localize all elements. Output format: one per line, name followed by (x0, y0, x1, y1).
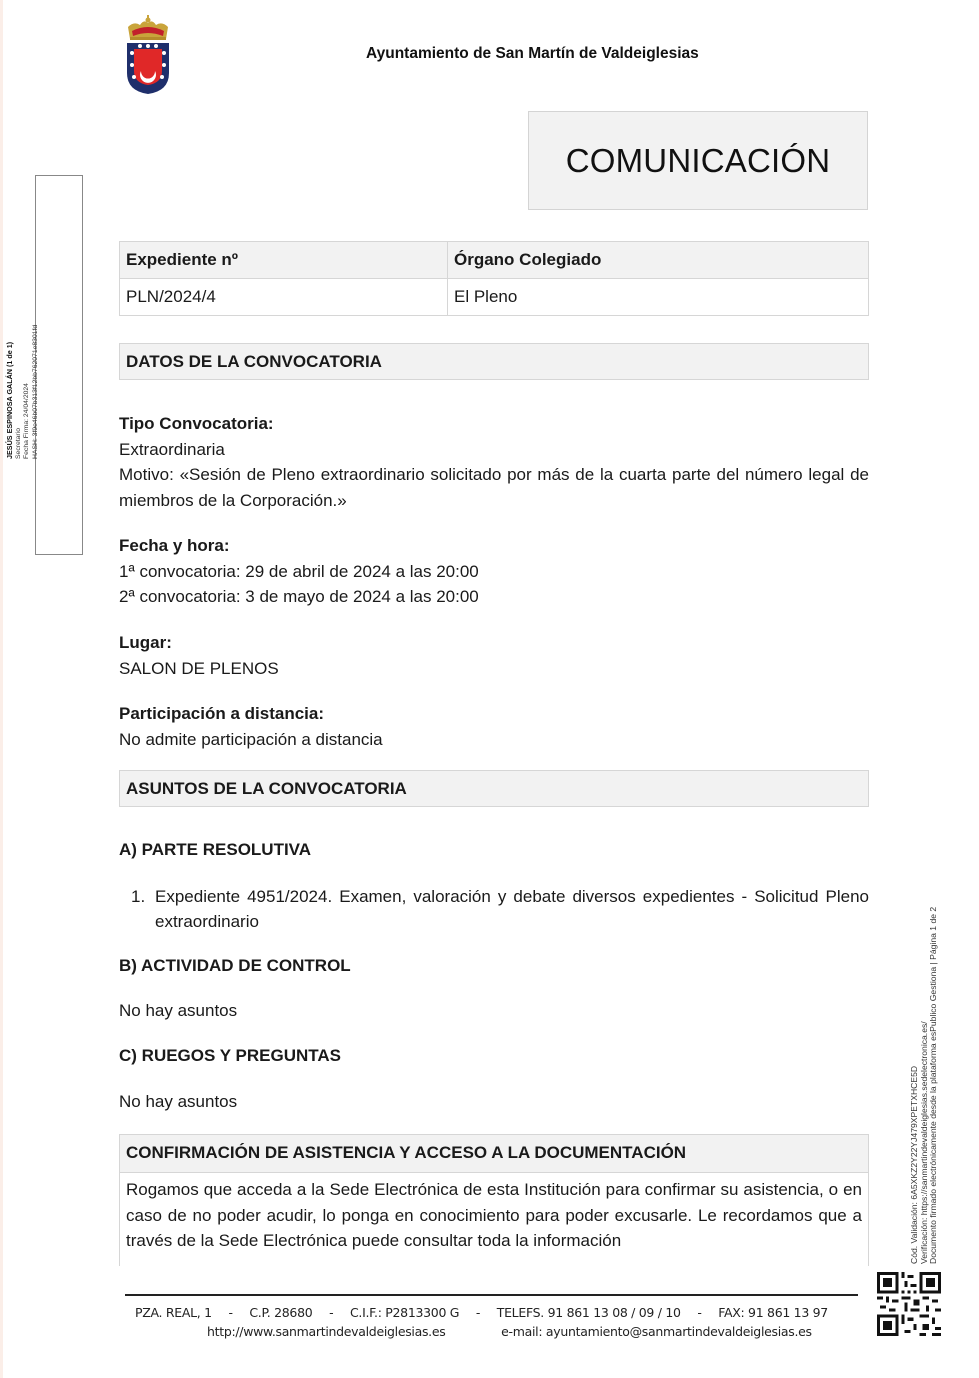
signature-date: Fecha Firma: 24/04/2024 (23, 325, 32, 459)
fecha-block: Fecha y hora: 1ª convocatoria: 29 de abr… (119, 533, 869, 610)
platform-note: Documento firmado electrónicamente desde… (929, 907, 939, 1264)
signature-stamp: JESÚS ESPINOSA GALÁN (1 de 1) Secretario… (6, 325, 40, 459)
actividad-control-title: B) ACTIVIDAD DE CONTROL (119, 956, 351, 976)
qr-code-icon (877, 1272, 941, 1336)
section-datos: DATOS DE LA CONVOCATORIA (119, 343, 869, 380)
page-edge (0, 0, 3, 1378)
signer-name: JESÚS ESPINOSA GALÁN (1 de 1) (6, 325, 15, 459)
section-asuntos: ASUNTOS DE LA CONVOCATORIA (119, 770, 869, 807)
section-confirmacion: CONFIRMACIÓN DE ASISTENCIA Y ACCESO A LA… (119, 1134, 869, 1173)
footer-phones: TELEFS. 91 861 13 08 / 09 / 10 (497, 1305, 681, 1320)
confirmacion-text: Rogamos que acceda a la Sede Electrónica… (119, 1173, 869, 1266)
signature-hash: HASH: 3f9e46b07b313f12bb762071e8301fd (32, 325, 41, 459)
participacion-value: No admite participación a distancia (119, 727, 869, 753)
verification-stamp: Cód. Validación: 6A5XKZ2Y22YJ479XPETXHCE… (910, 907, 939, 1264)
document-type-box: COMUNICACIÓN (528, 111, 868, 210)
footer-postal-code: C.P. 28680 (249, 1305, 312, 1320)
footer-web-row: http://www.sanmartindevaldeiglesias.es e… (207, 1324, 812, 1339)
value-expediente: PLN/2024/4 (120, 279, 448, 316)
lugar-value: SALON DE PLENOS (119, 656, 869, 682)
footer-contact-row: PZA. REAL, 1 - C.P. 28680 - C.I.F.: P281… (135, 1305, 828, 1320)
list-item: 1. Expediente 4951/2024. Examen, valorac… (119, 884, 869, 934)
item-text: Expediente 4951/2024. Examen, valoración… (155, 887, 869, 931)
signer-role: Secretario (15, 325, 24, 459)
footer-website[interactable]: http://www.sanmartindevaldeiglesias.es (207, 1324, 445, 1339)
fecha-label: Fecha y hora: (119, 533, 869, 559)
header-expediente: Expediente nº (120, 242, 448, 279)
tipo-block: Tipo Convocatoria: Extraordinaria Motivo… (119, 411, 869, 513)
convocatoria-1: 1ª convocatoria: 29 de abril de 2024 a l… (119, 559, 869, 585)
motivo-text: Motivo: «Sesión de Pleno extraordinario … (119, 462, 869, 513)
footer-separator: - (228, 1305, 232, 1320)
footer-divider (125, 1294, 858, 1296)
participacion-block: Participación a distancia: No admite par… (119, 701, 869, 752)
tipo-label: Tipo Convocatoria: (119, 411, 869, 437)
organization-name: Ayuntamiento de San Martín de Valdeigles… (366, 45, 699, 63)
lugar-block: Lugar: SALON DE PLENOS (119, 630, 869, 681)
signature-box (35, 175, 83, 555)
footer-separator: - (329, 1305, 333, 1320)
tipo-value: Extraordinaria (119, 437, 869, 463)
footer-cif: C.I.F.: P2813300 G (350, 1305, 459, 1320)
footer-fax: FAX: 91 861 13 97 (718, 1305, 828, 1320)
convocatoria-2: 2ª convocatoria: 3 de mayo de 2024 a las… (119, 584, 869, 610)
ruegos-preguntas-title: C) RUEGOS Y PREGUNTAS (119, 1046, 341, 1066)
item-number: 1. (131, 884, 145, 909)
footer-address: PZA. REAL, 1 (135, 1305, 212, 1320)
value-organo: El Pleno (448, 279, 869, 316)
participacion-label: Participación a distancia: (119, 701, 869, 727)
actividad-control-text: No hay asuntos (119, 998, 869, 1024)
coat-of-arms-icon (124, 15, 172, 95)
lugar-label: Lugar: (119, 630, 869, 656)
document-type: COMUNICACIÓN (566, 142, 831, 180)
footer-separator: - (697, 1305, 701, 1320)
parte-resolutiva-title: A) PARTE RESOLUTIVA (119, 840, 311, 860)
info-table: Expediente nº Órgano Colegiado PLN/2024/… (119, 241, 869, 316)
footer-email[interactable]: e-mail: ayuntamiento@sanmartindevaldeigl… (501, 1324, 812, 1339)
footer-separator: - (476, 1305, 480, 1320)
header-organo: Órgano Colegiado (448, 242, 869, 279)
ruegos-preguntas-text: No hay asuntos (119, 1089, 869, 1115)
